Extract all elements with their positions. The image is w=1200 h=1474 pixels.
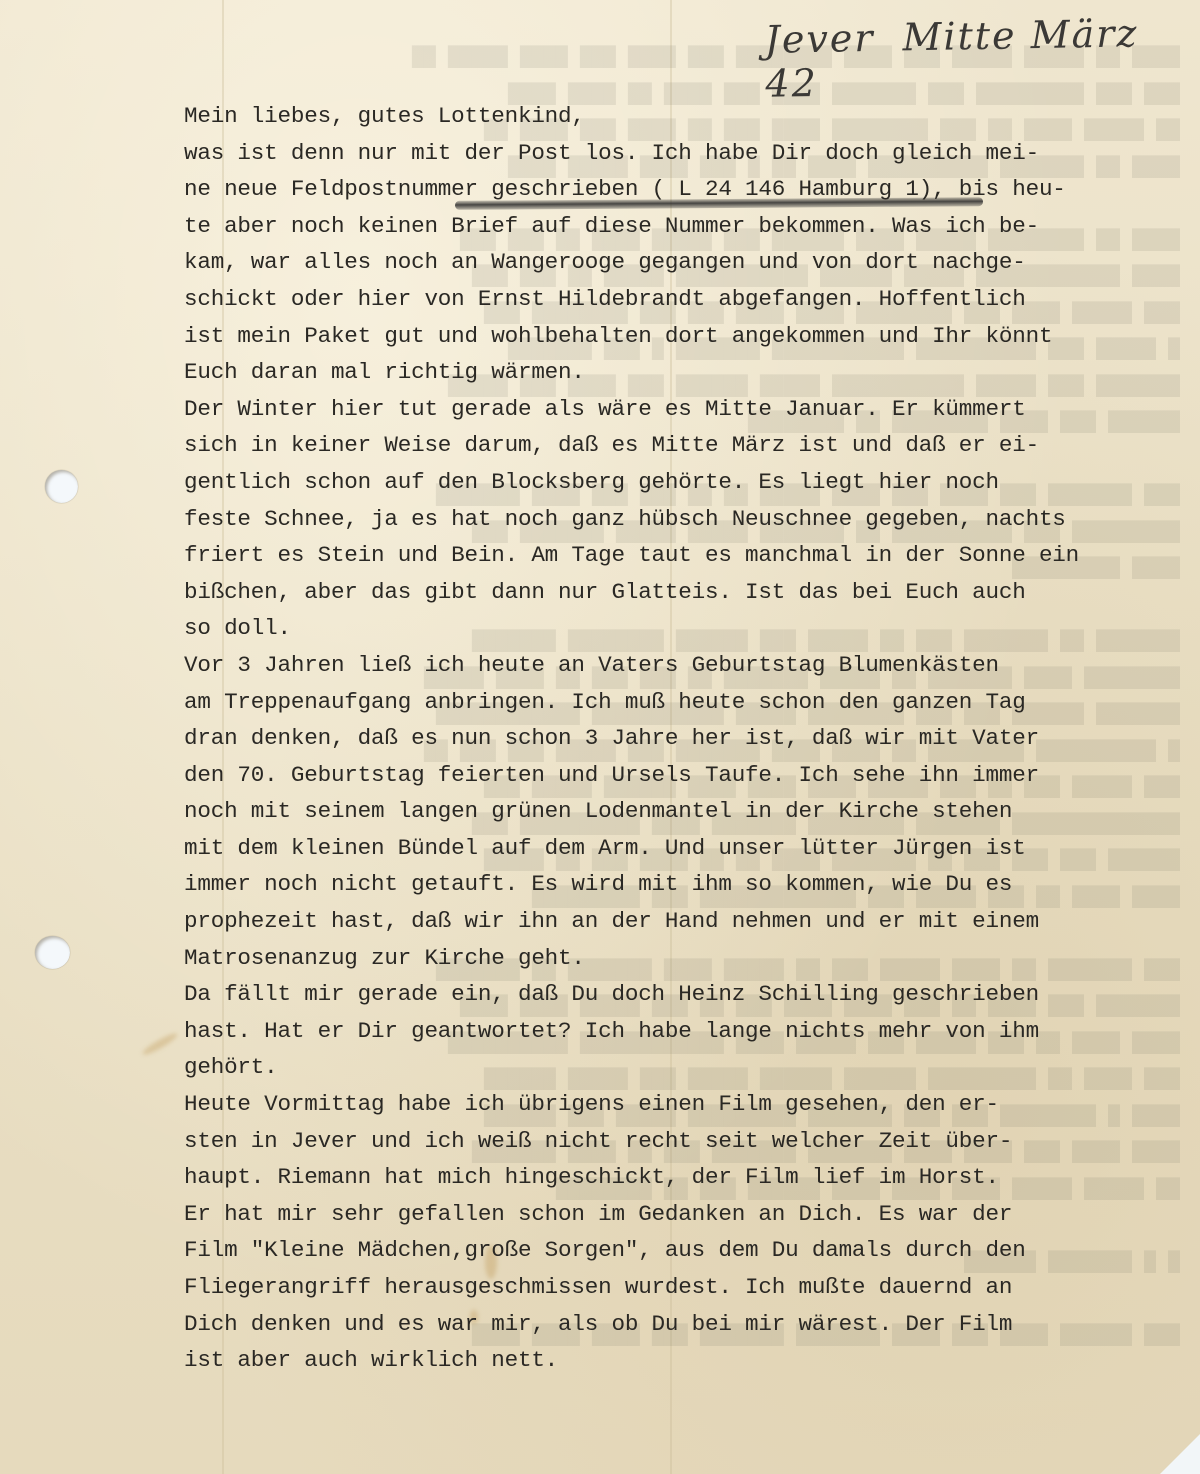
letter-line: schickt oder hier von Ernst Hildebrandt … — [184, 281, 1194, 318]
letter-line: Dich denken und es war mir, als ob Du be… — [184, 1306, 1194, 1343]
letter-line: Vor 3 Jahren ließ ich heute an Vaters Ge… — [184, 647, 1194, 684]
letter-line: ist mein Paket gut und wohlbehalten dort… — [184, 318, 1194, 355]
letter-line: ist aber auch wirklich nett. — [184, 1342, 1194, 1379]
letter-line: Mein liebes, gutes Lottenkind, — [184, 98, 1194, 135]
letter-line: Film "Kleine Mädchen,große Sorgen", aus … — [184, 1232, 1194, 1269]
handwritten-header: JeverMitte März 42 — [764, 10, 1200, 106]
torn-corner — [1160, 1434, 1200, 1474]
letter-line: am Treppenaufgang anbringen. Ich muß heu… — [184, 684, 1194, 721]
letter-line: so doll. — [184, 610, 1194, 647]
letter-line: gentlich schon auf den Blocksberg gehört… — [184, 464, 1194, 501]
letter-line: prophezeit hast, daß wir ihn an der Hand… — [184, 903, 1194, 940]
letter-line: immer noch nicht getauft. Es wird mit ih… — [184, 866, 1194, 903]
letter-line: gehört. — [184, 1049, 1194, 1086]
letter-line: Der Winter hier tut gerade als wäre es M… — [184, 391, 1194, 428]
letter-line: noch mit seinem langen grünen Lodenmante… — [184, 793, 1194, 830]
letter-line: te aber noch keinen Brief auf diese Numm… — [184, 208, 1194, 245]
letter-line: Fliegerangriff herausgeschmissen wurdest… — [184, 1269, 1194, 1306]
handwritten-place: Jever — [764, 16, 875, 62]
letter-line: Er hat mir sehr gefallen schon im Gedank… — [184, 1196, 1194, 1233]
letter-line: kam, war alles noch an Wangerooge gegang… — [184, 244, 1194, 281]
letter-line: feste Schnee, ja es hat noch ganz hübsch… — [184, 501, 1194, 538]
letter-line: sten in Jever und ich weiß nicht recht s… — [184, 1123, 1194, 1160]
letter-line: sich in keiner Weise darum, daß es Mitte… — [184, 427, 1194, 464]
letter-line: ne neue Feldpostnummer geschrieben ( L 2… — [184, 171, 1194, 208]
letter-line: Heute Vormittag habe ich übrigens einen … — [184, 1086, 1194, 1123]
letter-line: friert es Stein und Bein. Am Tage taut e… — [184, 537, 1194, 574]
letter-line: bißchen, aber das gibt dann nur Glatteis… — [184, 574, 1194, 611]
letter-line: Da fällt mir gerade ein, daß Du doch Hei… — [184, 976, 1194, 1013]
letter-line: was ist denn nur mit der Post los. Ich h… — [184, 135, 1194, 172]
letter-line: den 70. Geburtstag feierten und Ursels T… — [184, 757, 1194, 794]
letter-line: haupt. Riemann hat mich hingeschickt, de… — [184, 1159, 1194, 1196]
letter-line: dran denken, daß es nun schon 3 Jahre he… — [184, 720, 1194, 757]
letter-line: Matrosenanzug zur Kirche geht. — [184, 940, 1194, 977]
letter-body: Mein liebes, gutes Lottenkind, was ist d… — [184, 98, 1194, 1379]
letter-line: Euch daran mal richtig wärmen. — [184, 354, 1194, 391]
punch-hole — [35, 936, 70, 969]
letter-line: hast. Hat er Dir geantwortet? Ich habe l… — [184, 1013, 1194, 1050]
letter-line: mit dem kleinen Bündel auf dem Arm. Und … — [184, 830, 1194, 867]
punch-hole — [45, 470, 78, 503]
